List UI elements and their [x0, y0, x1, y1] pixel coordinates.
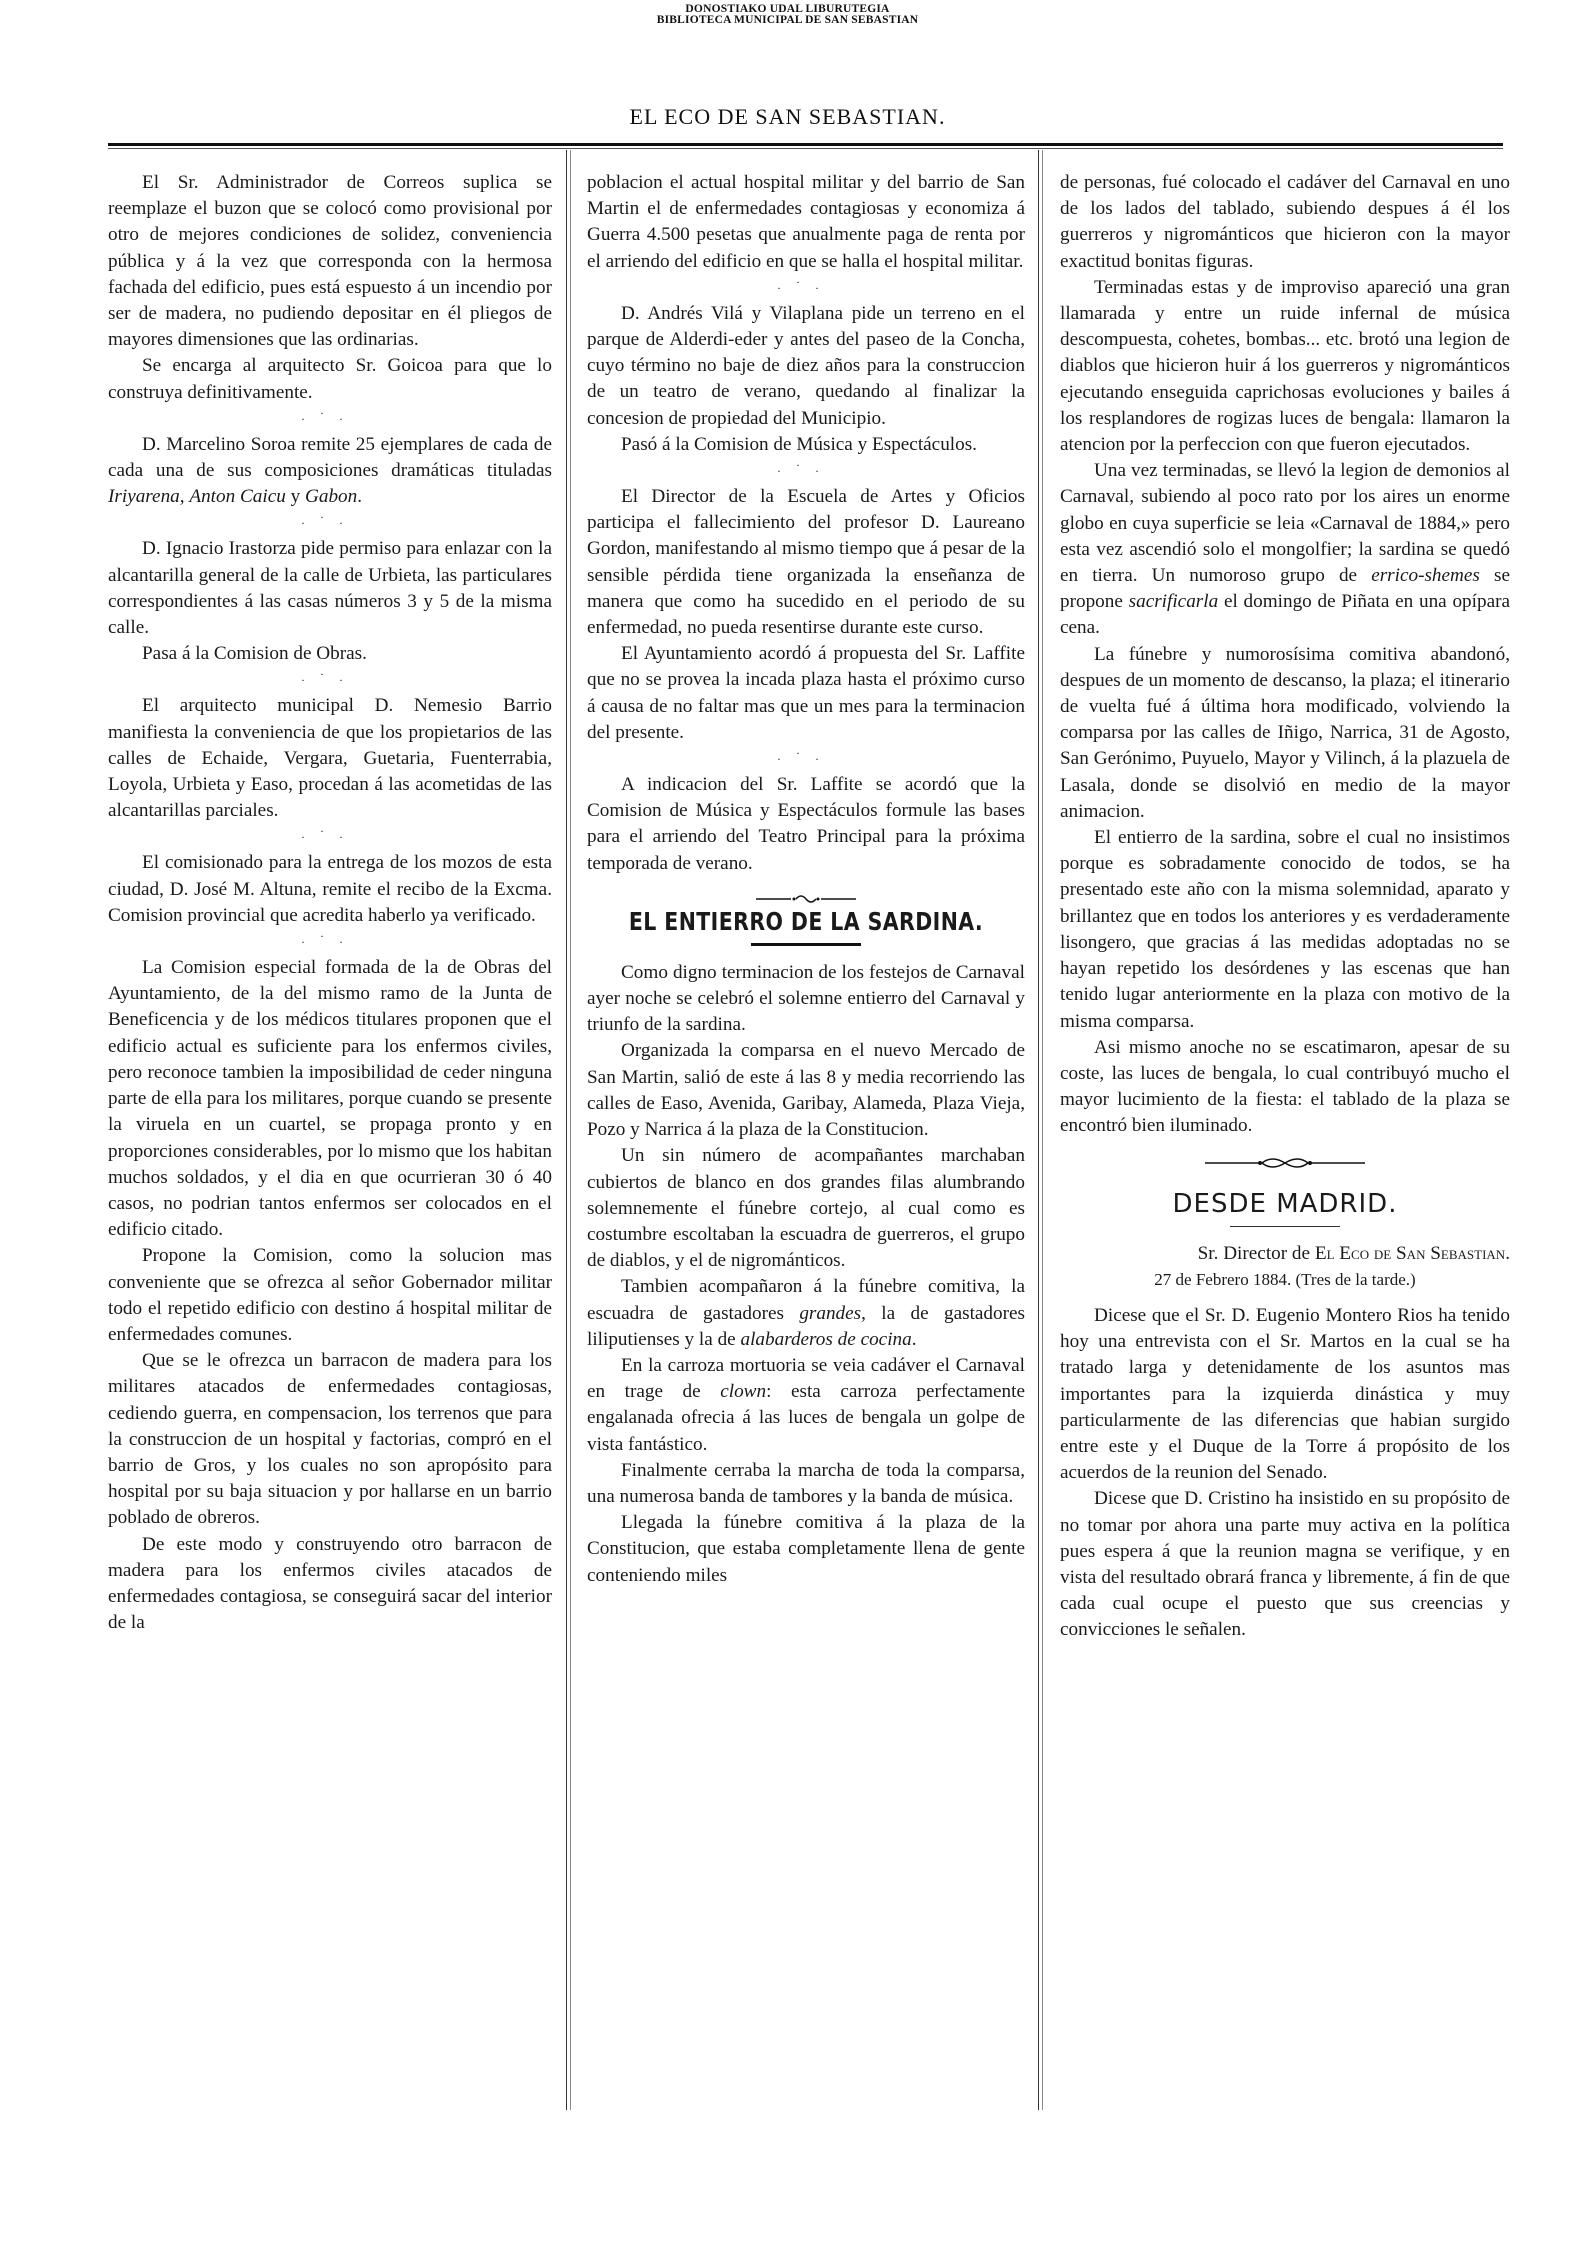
paragraph: A indicacion del Sr. Laffite se acordó q…: [587, 772, 1025, 877]
section-separator-dots-icon: ...: [108, 824, 552, 850]
paragraph: Terminadas estas y de improviso apareció…: [1060, 275, 1510, 458]
headline-rule: [1230, 1226, 1340, 1227]
section-separator-dots-icon: ...: [108, 929, 552, 955]
paragraph: Un sin número de acompañantes marchaban …: [587, 1143, 1025, 1274]
paragraph: Tambien acompañaron á la fúnebre comitiv…: [587, 1274, 1025, 1353]
paragraph: El arquitecto municipal D. Nemesio Barri…: [108, 693, 552, 824]
paragraph: Organizada la comparsa en el nuevo Merca…: [587, 1038, 1025, 1143]
ornament-flourish-icon: [1060, 1154, 1510, 1176]
paragraph: D. Andrés Vilá y Vilaplana pide un terre…: [587, 301, 1025, 432]
paragraph: D. Marcelino Soroa remite 25 ejemplares …: [108, 432, 552, 511]
column-divider: [570, 150, 571, 2110]
headline-rule: [751, 943, 861, 946]
article-headline: EL ENTIERRO DE LA SARDINA.: [626, 905, 985, 939]
masthead-rule: [108, 143, 1503, 146]
paragraph: Una vez terminadas, se llevó la legion d…: [1060, 458, 1510, 641]
letter-salutation: Sr. Director de El Eco de San Sebastian.: [1060, 1241, 1510, 1267]
paragraph: El entierro de la sardina, sobre el cual…: [1060, 825, 1510, 1035]
section-separator-dots-icon: ...: [108, 406, 552, 432]
ornament-flourish-icon: [587, 887, 1025, 905]
paragraph: Propone la Comision, como la solucion ma…: [108, 1243, 552, 1348]
paragraph: Dicese que D. Cristino ha insistido en s…: [1060, 1486, 1510, 1643]
paragraph: La fúnebre y numorosísima comitiva aband…: [1060, 642, 1510, 825]
paragraph: Finalmente cerraba la marcha de toda la …: [587, 1458, 1025, 1510]
paragraph: De este modo y construyendo otro barraco…: [108, 1532, 552, 1637]
paragraph-continued: poblacion el actual hospital militar y d…: [587, 170, 1025, 275]
section-separator-dots-icon: ...: [587, 275, 1025, 301]
paragraph: El Sr. Administrador de Correos suplica …: [108, 170, 552, 353]
paragraph-continued: de personas, fué colocado el cadáver del…: [1060, 170, 1510, 275]
paragraph: Que se le ofrezca un barracon de madera …: [108, 1348, 552, 1531]
paragraph: El comisionado para la entrega de los mo…: [108, 850, 552, 929]
column-divider: [1038, 150, 1039, 2110]
section-separator-dots-icon: ...: [108, 667, 552, 693]
dateline: 27 de Febrero 1884. (Tres de la tarde.): [1060, 1267, 1510, 1293]
section-separator-dots-icon: ...: [587, 458, 1025, 484]
section-separator-dots-icon: ...: [108, 510, 552, 536]
paragraph: En la carroza mortuoria se veia cadáver …: [587, 1353, 1025, 1458]
column-2: poblacion el actual hospital militar y d…: [587, 170, 1025, 1589]
paragraph: Llegada la fúnebre comitiva á la plaza d…: [587, 1510, 1025, 1589]
masthead-rule-thin: [108, 148, 1503, 149]
paragraph: D. Ignacio Irastorza pide permiso para e…: [108, 536, 552, 641]
column-3: de personas, fué colocado el cadáver del…: [1060, 170, 1510, 1644]
column-divider: [1042, 150, 1043, 2110]
paragraph: Dicese que el Sr. D. Eugenio Montero Rio…: [1060, 1303, 1510, 1486]
paragraph: El Director de la Escuela de Artes y Ofi…: [587, 484, 1025, 641]
section-separator-dots-icon: ...: [587, 746, 1025, 772]
article-headline: DESDE MADRID.: [1060, 1186, 1510, 1222]
paragraph: Se encarga al arquitecto Sr. Goicoa para…: [108, 353, 552, 405]
column-divider: [566, 150, 567, 2110]
paragraph: La Comision especial formada de la de Ob…: [108, 955, 552, 1243]
paragraph: Como digno terminacion de los festejos d…: [587, 960, 1025, 1039]
library-stamp-spanish: BIBLIOTECA MUNICIPAL DE SAN SEBASTIAN: [0, 15, 1575, 26]
column-1: El Sr. Administrador de Correos suplica …: [108, 170, 552, 1636]
italic-title: Anton Caicu: [189, 486, 285, 507]
newspaper-masthead: EL ECO DE SAN SEBASTIAN.: [0, 104, 1575, 130]
library-stamp: DONOSTIAKO UDAL LIBURUTEGIA BIBLIOTECA M…: [0, 4, 1575, 26]
paragraph: El Ayuntamiento acordó á propuesta del S…: [587, 641, 1025, 746]
italic-title: Iriyarena: [108, 486, 180, 507]
paragraph: Asi mismo anoche no se escatimaron, apes…: [1060, 1035, 1510, 1140]
